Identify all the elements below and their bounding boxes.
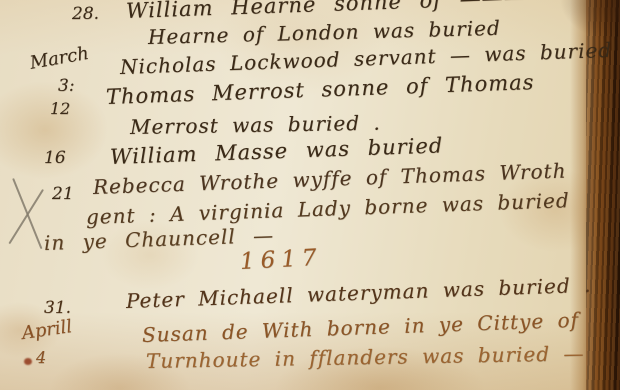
entry-day-label: 4 [36, 348, 46, 367]
entry-month-label: Aprill [21, 316, 74, 344]
register-line: Susan de With borne in ye Cittye of [142, 308, 580, 347]
entry-day-label: 16 [44, 148, 66, 168]
entry-day-label: 21 [52, 184, 74, 204]
register-line: Turnhoute in fflanders was buried — [146, 341, 585, 373]
entry-day-label: 3: [58, 76, 75, 96]
register-line: Merrost was buried . [130, 111, 381, 139]
register-line: Peter Michaell wateryman was buried . [126, 273, 592, 313]
margin-cross-mark [8, 189, 44, 244]
entry-day-label: 28. [72, 4, 99, 24]
entry-month-label: March [28, 43, 90, 74]
parchment-page: 28. William Hearne sonne of ——— Hearne o… [0, 0, 620, 390]
entry-day-label: 31. [44, 298, 71, 318]
ink-dot-stain [24, 358, 32, 365]
entry-day-label: 12 [50, 99, 70, 118]
year-heading: 1617 [239, 245, 323, 275]
